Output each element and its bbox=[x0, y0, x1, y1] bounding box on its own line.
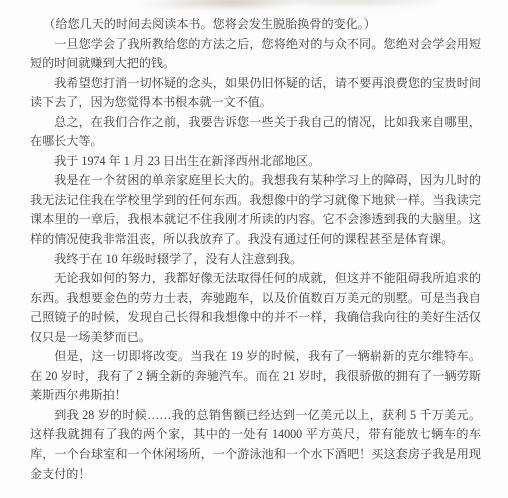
paragraph-parenthetical-note: （给您几天的时间去阅读本书。您将会发生脱胎换骨的变化。） bbox=[30, 15, 481, 35]
paragraph: 我于 1974 年 1 月 23 日出生在新泽西州北部地区。 bbox=[30, 152, 481, 172]
paragraph: 无论我如何的努力，我都好像无法取得任何的成就，但这并不能阻碍我所追求的东西。我想… bbox=[30, 269, 481, 347]
paragraph: 我希望您打消一切怀疑的念头，如果仍旧怀疑的话，请不要再浪费您的宝贵时间读下去了，… bbox=[30, 74, 481, 113]
paragraph: 到我 28 岁的时候……我的总销售额已经达到一亿美元以上，获利 5 千万美元。这… bbox=[30, 406, 481, 484]
paragraph: 一旦您学会了我所教给您的方法之后，您将绝对的与众不同。您绝对会学会用短短的时间就… bbox=[30, 35, 481, 74]
paragraph: 但是，这一切即将改变。当我在 19 岁的时候，我有了一辆崭新的克尔维特车。在 2… bbox=[30, 347, 481, 406]
text-block: （给您几天的时间去阅读本书。您将会发生脱胎换骨的变化。） 一旦您学会了我所教给您… bbox=[30, 15, 481, 484]
top-image-remnant bbox=[138, 0, 433, 16]
paragraph: 我终于在 10 年级时辍学了，没有人注意到我。 bbox=[30, 250, 481, 270]
document-page: （给您几天的时间去阅读本书。您将会发生脱胎换骨的变化。） 一旦您学会了我所教给您… bbox=[0, 0, 508, 498]
paragraph: 总之，在我们合作之前，我要告诉您一些关于我自己的情况，比如我来自哪里，在哪长大等… bbox=[30, 113, 481, 152]
scanned-book-page: { "page": { "background_color": "#fdfdfd… bbox=[0, 0, 508, 498]
paragraph: 我是在一个贫困的单亲家庭里长大的。我想我有某种学习上的障碍，因为儿时的我无法记住… bbox=[30, 171, 481, 249]
